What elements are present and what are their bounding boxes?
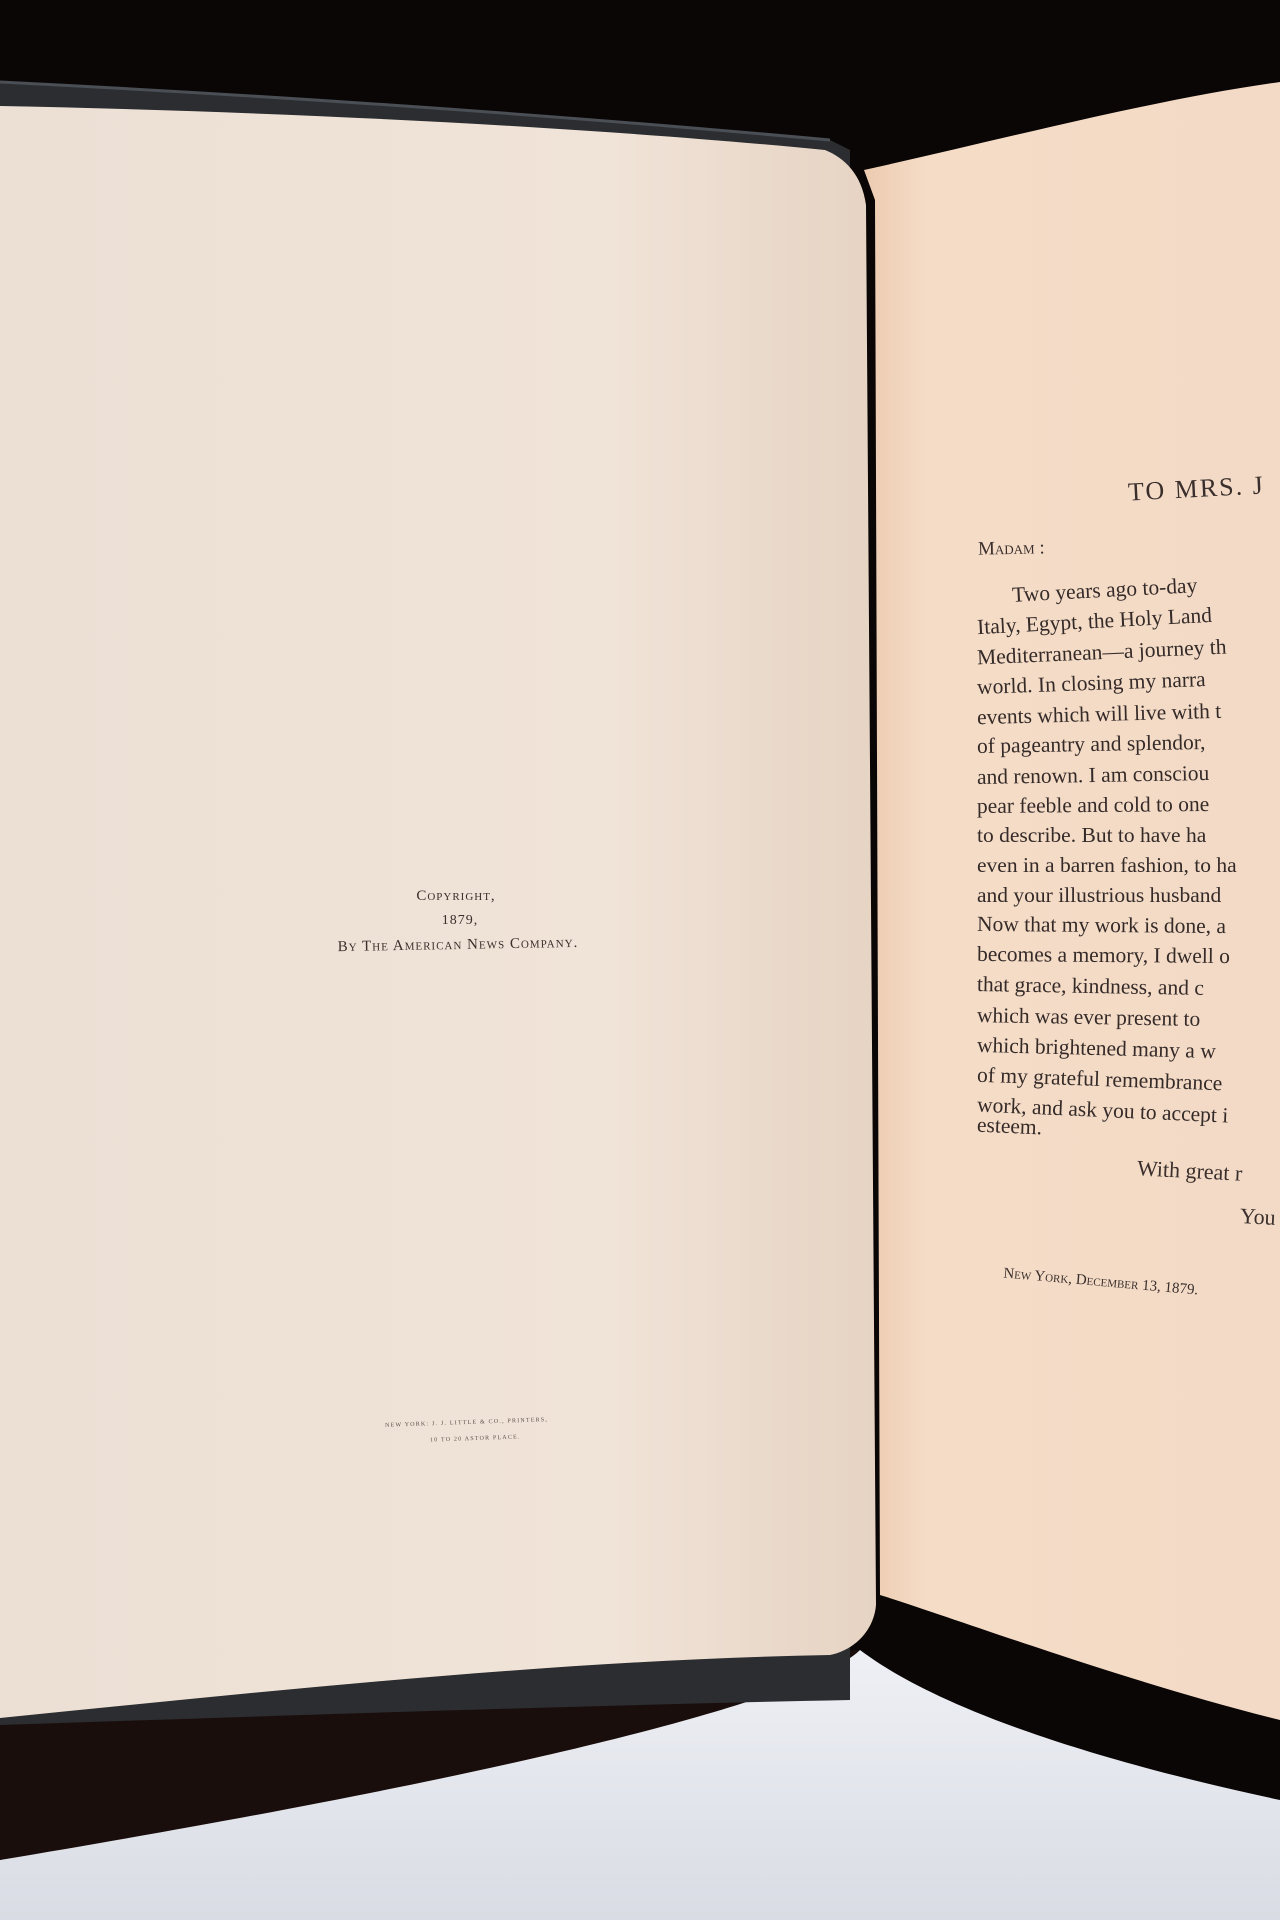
body-line: pear feeble and cold to one	[977, 792, 1209, 819]
body-line: and your illustrious husband	[977, 883, 1221, 908]
body-line: becomes a memory, I dwell o	[977, 942, 1230, 969]
closing-line-2: You	[1239, 1203, 1276, 1231]
body-line: Now that my work is done, a	[977, 912, 1226, 939]
body-line: to describe. But to have ha	[977, 823, 1206, 848]
body-line: even in a barren fashion, to ha	[977, 853, 1237, 878]
closing-line-1: With great r	[1136, 1155, 1243, 1186]
body-line: of pageantry and splendor,	[977, 730, 1206, 759]
salutation: Madam :	[978, 537, 1045, 560]
copyright-year: 1879,	[430, 913, 490, 929]
body-line: esteem.	[976, 1113, 1042, 1141]
body-line: and renown. I am consciou	[977, 761, 1210, 790]
body-line: that grace, kindness, and c	[977, 972, 1204, 1001]
book-photo-scene: Copyright, 1879, By The American News Co…	[0, 0, 1280, 1920]
body-line: which was ever present to	[977, 1003, 1201, 1032]
copyright-label: Copyright,	[406, 888, 506, 905]
